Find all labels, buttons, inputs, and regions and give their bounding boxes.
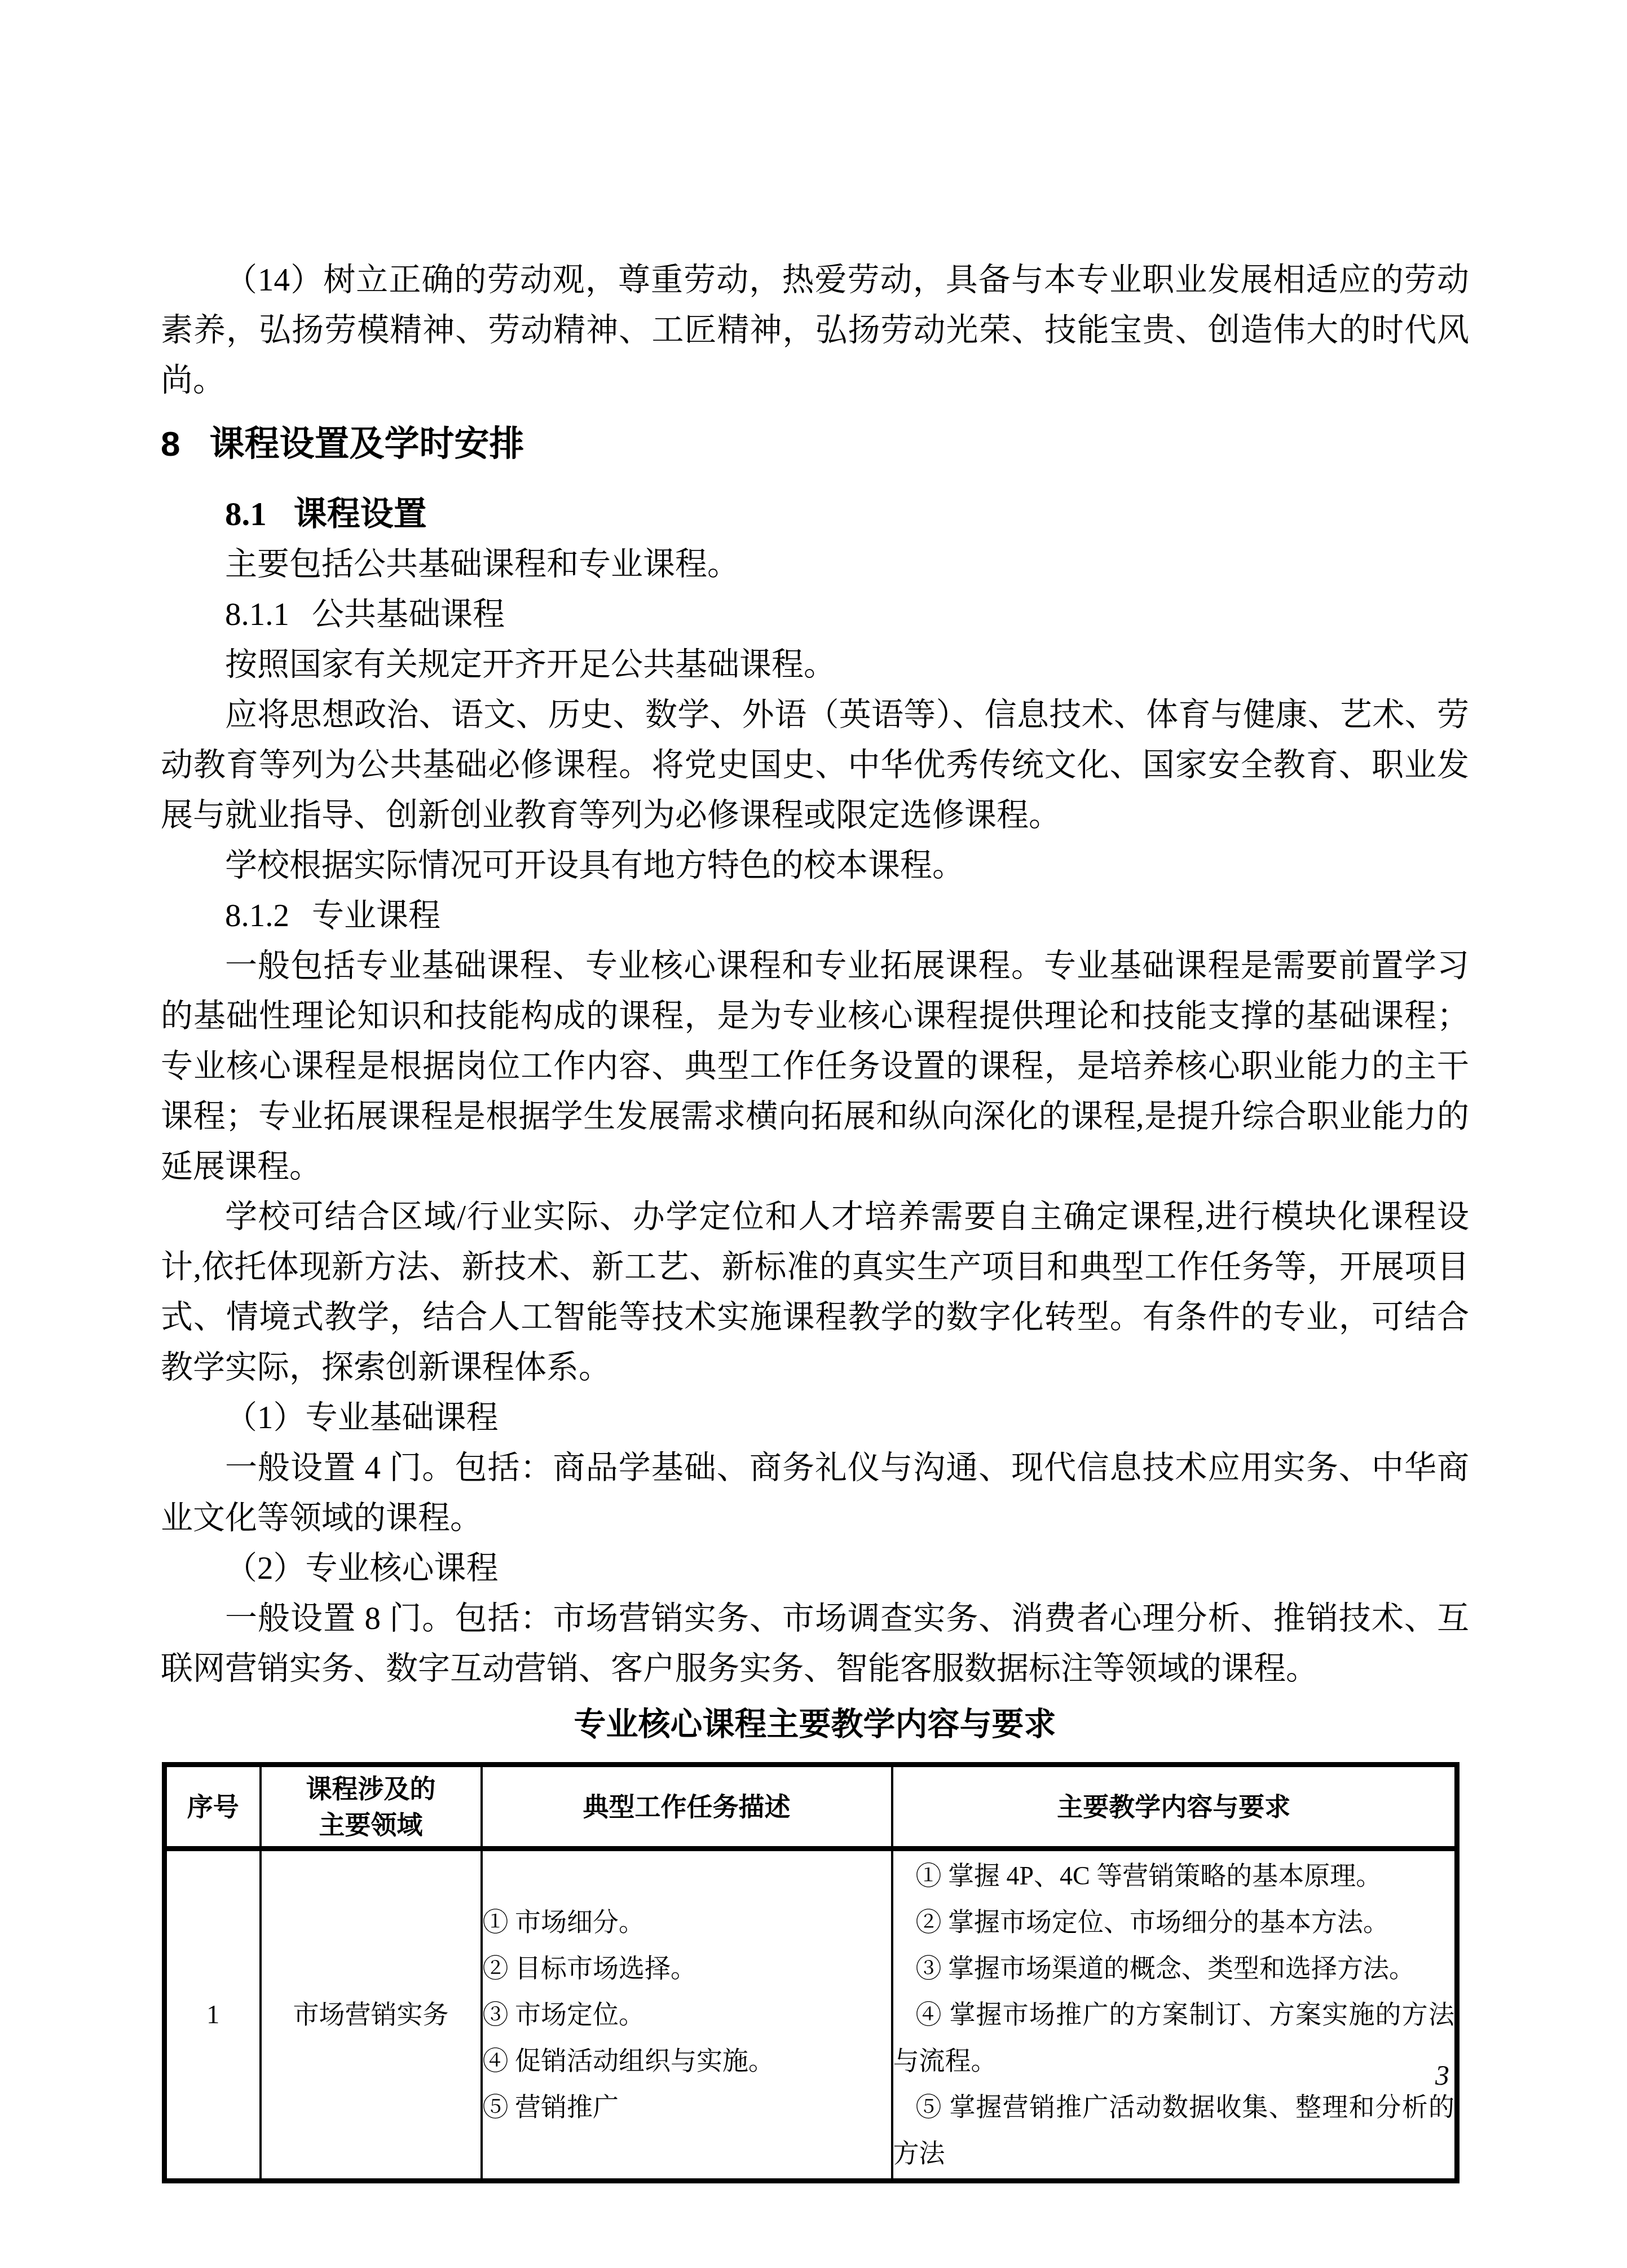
content-item: ④ 掌握市场推广的方案制订、方案实施的方法与流程。 <box>893 1992 1455 2084</box>
content-item: ⑤ 掌握营销推广活动数据收集、整理和分析的方法 <box>893 2084 1455 2177</box>
heading-section-8-1-1-number: 8.1.1 <box>225 597 289 632</box>
paragraph-core-courses-list: 一般设置 8 门。包括：市场营销实务、市场调查实务、消费者心理分析、推销技术、互… <box>161 1593 1469 1694</box>
content-item: ① 掌握 4P、4C 等营销策略的基本原理。 <box>893 1853 1455 1899</box>
paragraph-school-local-courses: 学校根据实际情况可开设具有地方特色的校本课程。 <box>161 840 1469 891</box>
paragraph-item-1-basic-courses: （1）专业基础课程 <box>161 1393 1469 1443</box>
cell-content: ① 掌握 4P、4C 等营销策略的基本原理。 ② 掌握市场定位、市场细分的基本方… <box>892 1849 1457 2181</box>
column-header-seq: 序号 <box>165 1765 261 1849</box>
paragraph-basic-courses-list: 一般设置 4 门。包括：商品学基础、商务礼仪与沟通、现代信息技术应用实务、中华商… <box>161 1443 1469 1543</box>
paragraph-overview: 主要包括公共基础课程和专业课程。 <box>161 539 1469 589</box>
cell-seq: 1 <box>165 1849 261 2181</box>
heading-section-8-number: 8 <box>161 425 180 464</box>
page-number: 3 <box>1435 2059 1449 2091</box>
column-header-tasks: 典型工作任务描述 <box>482 1765 892 1849</box>
paragraph-modular-design: 学校可结合区域/行业实际、办学定位和人才培养需要自主确定课程,进行模块化课程设计… <box>161 1192 1469 1393</box>
heading-section-8-1-1: 8.1.1公共基础课程 <box>161 589 1469 640</box>
core-course-table: 序号 课程涉及的 主要领域 典型工作任务描述 主要教学内容与要求 1 市场营销实… <box>162 1762 1460 2183</box>
content-item: ② 掌握市场定位、市场细分的基本方法。 <box>893 1899 1455 1945</box>
task-item: ⑤ 营销推广 <box>483 2084 891 2130</box>
heading-section-8-1: 8.1课程设置 <box>161 489 1469 539</box>
paragraph-professional-course-types: 一般包括专业基础课程、专业核心课程和专业拓展课程。专业基础课程是需要前置学习的基… <box>161 941 1469 1192</box>
task-item: ② 目标市场选择。 <box>483 1945 891 1992</box>
cell-tasks: ① 市场细分。 ② 目标市场选择。 ③ 市场定位。 ④ 促销活动组织与实施。 ⑤… <box>482 1849 892 2181</box>
heading-section-8-1-title: 课程设置 <box>294 495 427 532</box>
cell-domain: 市场营销实务 <box>261 1849 482 2181</box>
task-item: ④ 促销活动组织与实施。 <box>483 2038 891 2084</box>
heading-section-8-1-number: 8.1 <box>225 495 267 532</box>
task-item: ① 市场细分。 <box>483 1899 891 1945</box>
paragraph-labor-view: （14）树立正确的劳动观，尊重劳动，热爱劳动，具备与本专业职业发展相适应的劳动素… <box>161 255 1469 406</box>
heading-section-8-title: 课程设置及学时安排 <box>209 425 524 464</box>
column-header-content: 主要教学内容与要求 <box>892 1765 1457 1849</box>
table-title: 专业核心课程主要教学内容与要求 <box>161 1699 1469 1750</box>
heading-section-8: 8课程设置及学时安排 <box>161 419 1469 470</box>
table-row: 1 市场营销实务 ① 市场细分。 ② 目标市场选择。 ③ 市场定位。 ④ 促销活… <box>165 1849 1457 2181</box>
column-header-domain: 课程涉及的 主要领域 <box>261 1765 482 1849</box>
heading-section-8-1-2: 8.1.2专业课程 <box>161 891 1469 941</box>
table-header-row: 序号 课程涉及的 主要领域 典型工作任务描述 主要教学内容与要求 <box>165 1765 1457 1849</box>
task-item: ③ 市场定位。 <box>483 1992 891 2038</box>
heading-section-8-1-2-title: 专业课程 <box>312 898 440 933</box>
document-page: { "document": { "intro_paragraph": "（14）… <box>0 0 1627 2268</box>
heading-section-8-1-2-number: 8.1.2 <box>225 898 289 933</box>
content-item: ③ 掌握市场渠道的概念、类型和选择方法。 <box>893 1945 1455 1992</box>
paragraph-required-courses: 应将思想政治、语文、历史、数学、外语（英语等）、信息技术、体育与健康、艺术、劳动… <box>161 690 1469 840</box>
paragraph-item-2-core-courses: （2）专业核心课程 <box>161 1543 1469 1593</box>
heading-section-8-1-1-title: 公共基础课程 <box>312 597 505 632</box>
page-content: （14）树立正确的劳动观，尊重劳动，热爱劳动，具备与本专业职业发展相适应的劳动素… <box>161 255 1469 2183</box>
paragraph-national-rules: 按照国家有关规定开齐开足公共基础课程。 <box>161 640 1469 690</box>
